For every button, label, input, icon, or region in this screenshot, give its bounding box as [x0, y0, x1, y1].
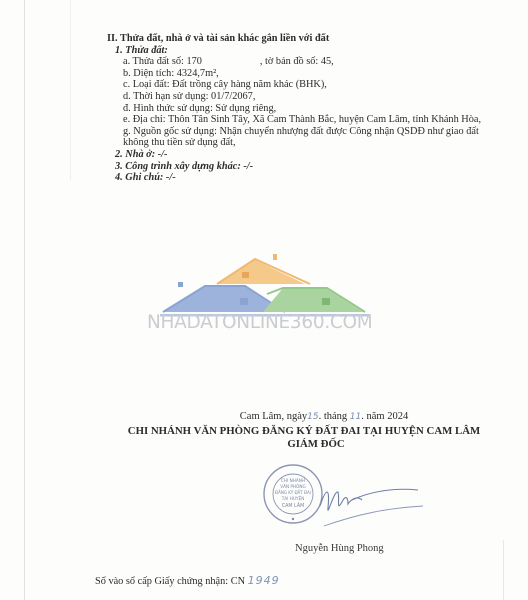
- registration-number: 1949: [248, 574, 280, 587]
- svg-text:TẠI HUYỆN: TẠI HUYỆN: [281, 496, 305, 501]
- svg-text:ĐĂNG KÝ ĐẤT ĐAI: ĐĂNG KÝ ĐẤT ĐAI: [275, 490, 311, 495]
- official-seal-icon: CHI NHÁNH VĂN PHÒNG ĐĂNG KÝ ĐẤT ĐAI TẠI …: [262, 463, 324, 525]
- note-heading: 4. Ghi chú: -/-: [107, 172, 481, 184]
- signature-icon: [318, 478, 428, 533]
- page-edge-line: [503, 540, 504, 600]
- land-area: b. Diện tích: 4324,7m²,: [107, 68, 481, 80]
- signer-name: Nguyễn Hùng Phong: [295, 543, 384, 554]
- certificate-registration-number: Số vào sổ cấp Giấy chứng nhận: CN 1949: [95, 574, 280, 587]
- svg-text:CAM LÂM: CAM LÂM: [282, 502, 305, 509]
- registration-label: Số vào sổ cấp Giấy chứng nhận: CN: [95, 576, 248, 587]
- plot-number: a. Thửa đất số: 170: [123, 56, 202, 67]
- svg-text:VĂN PHÒNG: VĂN PHÒNG: [280, 484, 306, 489]
- house-heading: 2. Nhà ở: -/-: [107, 149, 481, 161]
- handwritten-month: 11: [350, 412, 361, 422]
- handwritten-day: 15: [307, 412, 318, 422]
- place-and-date: Cam Lâm, ngày15. tháng 11. năm 2024: [60, 411, 528, 422]
- signer-role: GIÁM ĐỐC: [52, 438, 528, 450]
- watermark-text: NHADATONLINE360.COM: [147, 312, 372, 333]
- section-title: II. Thửa đất, nhà ở và tài sản khác gắn …: [107, 33, 481, 45]
- page-edge-line: [24, 0, 25, 600]
- page-edge-line: [70, 0, 71, 180]
- land-type: c. Loại đất: Đất trồng cây hàng năm khác…: [107, 79, 481, 91]
- issuing-agency: CHI NHÁNH VĂN PHÒNG ĐĂNG KÝ ĐẤT ĐAI TẠI …: [40, 425, 528, 437]
- usage-term: d. Thời hạn sử dụng: 01/7/2067,: [107, 91, 481, 103]
- map-sheet-number: , tờ bản đồ số: 45,: [260, 56, 334, 67]
- usage-origin: g. Nguồn gốc sử dụng: Nhận chuyển nhượng…: [107, 126, 481, 138]
- usage-form: đ. Hình thức sử dụng: Sử dụng riêng,: [107, 103, 481, 115]
- usage-origin-continued: không thu tiền sử dụng đất,: [107, 137, 481, 149]
- land-address: e. Địa chỉ: Thôn Tân Sinh Tây, Xã Cam Th…: [107, 114, 481, 126]
- other-construction-heading: 3. Công trình xây dựng khác: -/-: [107, 161, 481, 173]
- land-info-section: II. Thửa đất, nhà ở và tài sản khác gắn …: [107, 33, 481, 184]
- plot-number-row: a. Thửa đất số: 170, tờ bản đồ số: 45,: [107, 56, 481, 68]
- land-heading: 1. Thửa đất:: [107, 45, 481, 57]
- svg-text:CHI NHÁNH: CHI NHÁNH: [281, 478, 305, 483]
